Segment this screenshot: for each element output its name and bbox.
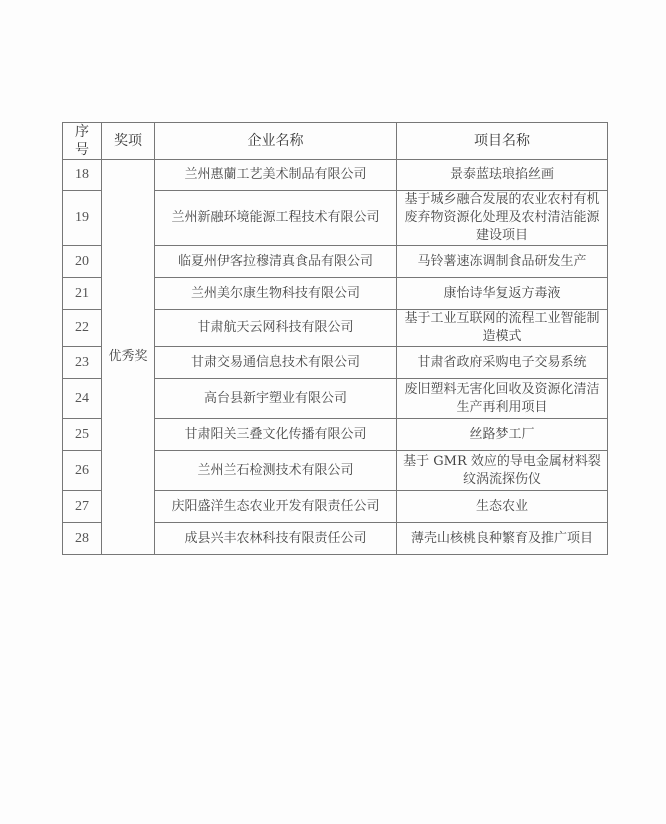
company-name: 甘肃交易通信息技术有限公司 (155, 347, 397, 379)
row-number: 18 (63, 160, 102, 191)
award-table: 序号 奖项 企业名称 项目名称 18优秀奖兰州惠蘭工艺美术制品有限公司景泰蓝珐琅… (62, 122, 608, 555)
company-name: 兰州兰石检测技术有限公司 (155, 451, 397, 491)
company-name: 成县兴丰农林科技有限责任公司 (155, 523, 397, 555)
header-company: 企业名称 (155, 123, 397, 160)
table-row: 18优秀奖兰州惠蘭工艺美术制品有限公司景泰蓝珐琅掐丝画 (63, 160, 608, 191)
row-number: 28 (63, 523, 102, 555)
project-name: 马铃薯速冻调制食品研发生产 (397, 246, 608, 278)
project-name: 景泰蓝珐琅掐丝画 (397, 160, 608, 191)
row-number: 27 (63, 491, 102, 523)
company-name: 甘肃阳关三叠文化传播有限公司 (155, 419, 397, 451)
project-name: 废旧塑料无害化回收及资源化清洁生产再利用项目 (397, 379, 608, 419)
row-number: 20 (63, 246, 102, 278)
row-number: 23 (63, 347, 102, 379)
project-name: 薄壳山核桃良种繁育及推广项目 (397, 523, 608, 555)
row-number: 22 (63, 310, 102, 347)
company-name: 兰州美尔康生物科技有限公司 (155, 278, 397, 310)
header-project: 项目名称 (397, 123, 608, 160)
row-number: 25 (63, 419, 102, 451)
header-no: 序号 (63, 123, 102, 160)
row-number: 26 (63, 451, 102, 491)
project-name: 生态农业 (397, 491, 608, 523)
award-category: 优秀奖 (102, 160, 155, 555)
project-name: 甘肃省政府采购电子交易系统 (397, 347, 608, 379)
header-award: 奖项 (102, 123, 155, 160)
header-row: 序号 奖项 企业名称 项目名称 (63, 123, 608, 160)
company-name: 兰州惠蘭工艺美术制品有限公司 (155, 160, 397, 191)
company-name: 高台县新宇塑业有限公司 (155, 379, 397, 419)
project-name: 基于工业互联网的流程工业智能制造模式 (397, 310, 608, 347)
project-name: 基于 GMR 效应的导电金属材料裂纹涡流探伤仪 (397, 451, 608, 491)
company-name: 临夏州伊客拉穆清真食品有限公司 (155, 246, 397, 278)
project-name: 丝路梦工厂 (397, 419, 608, 451)
row-number: 19 (63, 191, 102, 246)
company-name: 甘肃航天云网科技有限公司 (155, 310, 397, 347)
company-name: 庆阳盛洋生态农业开发有限责任公司 (155, 491, 397, 523)
row-number: 24 (63, 379, 102, 419)
row-number: 21 (63, 278, 102, 310)
project-name: 康怡诗华复返方毒液 (397, 278, 608, 310)
project-name: 基于城乡融合发展的农业农村有机废弃物资源化处理及农村清洁能源建设项目 (397, 191, 608, 246)
company-name: 兰州新融环境能源工程技术有限公司 (155, 191, 397, 246)
